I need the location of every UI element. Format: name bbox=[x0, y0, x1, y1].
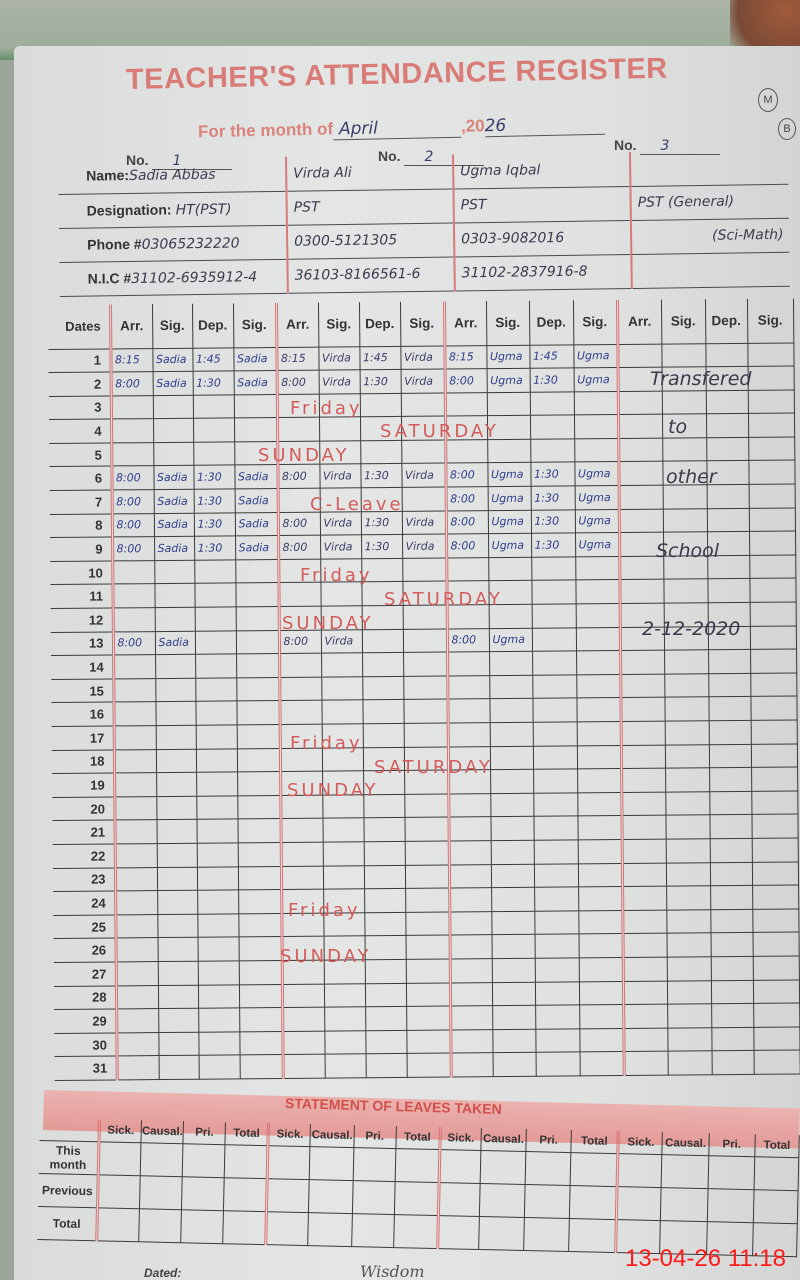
signature-cell[interactable] bbox=[320, 559, 361, 583]
departure-cell[interactable]: 1:30 bbox=[361, 535, 402, 559]
leave-value-cell[interactable] bbox=[139, 1208, 182, 1242]
signature-cell[interactable]: Ugma bbox=[486, 345, 529, 369]
arrival-cell[interactable] bbox=[282, 1007, 324, 1031]
signature-cell[interactable] bbox=[578, 863, 622, 887]
departure-cell[interactable]: 1:30 bbox=[531, 510, 575, 534]
arrival-cell[interactable] bbox=[281, 889, 323, 913]
departure-cell[interactable] bbox=[532, 675, 576, 699]
teacher-name[interactable]: Sadia Abbas bbox=[129, 167, 216, 184]
arrival-cell[interactable] bbox=[116, 938, 158, 962]
signature-cell[interactable] bbox=[753, 980, 799, 1004]
teacher-nic[interactable]: 36103-8166561-6 bbox=[287, 256, 454, 292]
leave-value-cell[interactable] bbox=[181, 1209, 224, 1243]
signature-cell[interactable] bbox=[235, 559, 278, 583]
departure-cell[interactable] bbox=[535, 1005, 579, 1029]
departure-cell[interactable] bbox=[197, 890, 238, 914]
signature-cell[interactable] bbox=[749, 578, 795, 602]
leave-value-cell[interactable] bbox=[140, 1175, 183, 1209]
departure-cell[interactable]: 1:30 bbox=[361, 511, 402, 535]
departure-cell[interactable] bbox=[360, 417, 401, 441]
signature-cell[interactable] bbox=[665, 744, 709, 768]
arrival-cell[interactable]: 8:15 bbox=[110, 348, 152, 372]
signature-cell[interactable] bbox=[236, 630, 279, 654]
departure-cell[interactable] bbox=[709, 744, 751, 768]
departure-cell[interactable] bbox=[195, 607, 236, 631]
arrival-cell[interactable] bbox=[283, 1054, 325, 1078]
signature-cell[interactable] bbox=[325, 1054, 366, 1078]
teacher-phone[interactable]: 0303-9082016 bbox=[454, 220, 631, 256]
arrival-cell[interactable]: 8:00 bbox=[112, 490, 154, 514]
signature-cell[interactable] bbox=[750, 602, 796, 626]
departure-cell[interactable] bbox=[197, 866, 238, 890]
signature-cell[interactable] bbox=[667, 933, 711, 957]
signature-cell[interactable] bbox=[403, 605, 447, 629]
signature-cell[interactable] bbox=[406, 1030, 450, 1054]
signature-cell[interactable] bbox=[488, 557, 531, 581]
arrival-cell[interactable] bbox=[278, 559, 320, 583]
arrival-cell[interactable] bbox=[618, 462, 662, 486]
arrival-cell[interactable] bbox=[620, 698, 664, 722]
signature-cell[interactable] bbox=[234, 418, 277, 442]
departure-cell[interactable] bbox=[708, 650, 750, 674]
arrival-cell[interactable] bbox=[114, 796, 156, 820]
signature-cell[interactable] bbox=[577, 816, 621, 840]
departure-cell[interactable] bbox=[711, 1003, 753, 1027]
arrival-cell[interactable] bbox=[280, 795, 322, 819]
departure-cell[interactable] bbox=[193, 442, 234, 466]
signature-cell[interactable] bbox=[490, 817, 533, 841]
signature-cell[interactable] bbox=[579, 1028, 623, 1052]
signature-cell[interactable] bbox=[492, 982, 535, 1006]
signature-cell[interactable] bbox=[322, 795, 363, 819]
signature-cell[interactable] bbox=[238, 866, 281, 890]
signature-cell[interactable] bbox=[153, 419, 193, 443]
arrival-cell[interactable] bbox=[449, 911, 491, 935]
signature-cell[interactable] bbox=[574, 438, 618, 462]
departure-cell[interactable] bbox=[530, 392, 574, 416]
signature-cell[interactable] bbox=[403, 676, 447, 700]
leave-value-cell[interactable] bbox=[438, 1182, 480, 1216]
departure-cell[interactable] bbox=[707, 579, 749, 603]
signature-cell[interactable] bbox=[663, 485, 707, 509]
signature-cell[interactable] bbox=[323, 913, 364, 937]
departure-cell[interactable] bbox=[196, 725, 237, 749]
signature-cell[interactable] bbox=[320, 488, 361, 512]
arrival-cell[interactable] bbox=[622, 839, 666, 863]
signature-cell[interactable] bbox=[238, 842, 281, 866]
signature-cell[interactable] bbox=[156, 725, 196, 749]
departure-cell[interactable] bbox=[196, 772, 237, 796]
signature-cell[interactable]: Sadia bbox=[152, 348, 192, 372]
departure-cell[interactable]: 1:30 bbox=[360, 464, 401, 488]
arrival-cell[interactable] bbox=[620, 674, 664, 698]
departure-cell[interactable]: 1:45 bbox=[529, 344, 573, 368]
signature-cell[interactable] bbox=[489, 675, 532, 699]
signature-cell[interactable] bbox=[664, 650, 708, 674]
signature-cell[interactable] bbox=[320, 582, 361, 606]
leave-value-cell[interactable] bbox=[310, 1146, 354, 1180]
signature-cell[interactable] bbox=[489, 699, 532, 723]
arrival-cell[interactable] bbox=[113, 678, 155, 702]
signature-cell[interactable] bbox=[668, 1051, 712, 1075]
departure-cell[interactable] bbox=[534, 887, 578, 911]
arrival-cell[interactable]: 8:00 bbox=[113, 631, 155, 655]
signature-cell[interactable] bbox=[576, 674, 620, 698]
arrival-cell[interactable] bbox=[111, 442, 153, 466]
signature-cell[interactable]: Sadia bbox=[155, 631, 195, 655]
signature-cell[interactable] bbox=[667, 980, 711, 1004]
signature-cell[interactable] bbox=[750, 649, 796, 673]
signature-cell[interactable]: Virda bbox=[400, 346, 444, 370]
arrival-cell[interactable] bbox=[277, 417, 319, 441]
signature-cell[interactable] bbox=[157, 867, 197, 891]
arrival-cell[interactable] bbox=[622, 863, 666, 887]
signature-cell[interactable] bbox=[239, 984, 282, 1008]
departure-cell[interactable] bbox=[362, 629, 403, 653]
signature-cell[interactable] bbox=[324, 1007, 365, 1031]
leave-value-cell[interactable] bbox=[266, 1211, 309, 1245]
leave-value-cell[interactable] bbox=[224, 1177, 268, 1211]
departure-cell[interactable] bbox=[195, 654, 236, 678]
departure-cell[interactable] bbox=[195, 701, 236, 725]
arrival-cell[interactable] bbox=[449, 864, 491, 888]
arrival-cell[interactable] bbox=[278, 583, 320, 607]
signature-cell[interactable] bbox=[319, 393, 360, 417]
departure-cell[interactable] bbox=[707, 508, 749, 532]
signature-cell[interactable]: Sadia bbox=[233, 347, 276, 371]
signature-cell[interactable]: Sadia bbox=[154, 536, 194, 560]
signature-cell[interactable] bbox=[404, 817, 448, 841]
departure-cell[interactable] bbox=[710, 838, 752, 862]
arrival-cell[interactable] bbox=[116, 1032, 158, 1056]
leave-value-cell[interactable] bbox=[268, 1145, 311, 1179]
signature-cell[interactable] bbox=[237, 772, 280, 796]
signature-cell[interactable]: Virda bbox=[319, 464, 360, 488]
departure-cell[interactable] bbox=[534, 911, 578, 935]
signature-cell[interactable] bbox=[578, 910, 622, 934]
departure-cell[interactable] bbox=[535, 981, 579, 1005]
arrival-cell[interactable] bbox=[621, 745, 665, 769]
signature-cell[interactable]: Ugma bbox=[575, 533, 619, 557]
arrival-cell[interactable] bbox=[619, 485, 663, 509]
signature-cell[interactable] bbox=[321, 700, 362, 724]
signature-cell[interactable] bbox=[752, 885, 798, 909]
departure-cell[interactable] bbox=[532, 604, 576, 628]
signature-cell[interactable]: Sadia bbox=[234, 465, 277, 489]
signature-cell[interactable] bbox=[666, 839, 710, 863]
signature-cell[interactable] bbox=[404, 770, 448, 794]
leave-value-cell[interactable] bbox=[753, 1189, 798, 1223]
departure-cell[interactable] bbox=[709, 768, 751, 792]
departure-cell[interactable] bbox=[708, 673, 750, 697]
departure-cell[interactable] bbox=[193, 395, 234, 419]
arrival-cell[interactable] bbox=[116, 985, 158, 1009]
leave-value-cell[interactable] bbox=[437, 1215, 479, 1249]
signature-cell[interactable] bbox=[403, 629, 447, 653]
departure-cell[interactable] bbox=[195, 678, 236, 702]
departure-cell[interactable] bbox=[535, 1029, 579, 1053]
signature-cell[interactable] bbox=[322, 818, 363, 842]
arrival-cell[interactable] bbox=[450, 982, 492, 1006]
signature-cell[interactable]: Ugma bbox=[575, 486, 619, 510]
arrival-cell[interactable]: 8:15 bbox=[444, 345, 486, 369]
signature-cell[interactable] bbox=[574, 391, 618, 415]
departure-cell[interactable]: 1:30 bbox=[194, 536, 235, 560]
arrival-cell[interactable] bbox=[448, 723, 490, 747]
signature-cell[interactable] bbox=[748, 460, 794, 484]
signature-cell[interactable] bbox=[490, 769, 533, 793]
signature-cell[interactable] bbox=[753, 956, 799, 980]
departure-cell[interactable]: 1:30 bbox=[531, 486, 575, 510]
month-value[interactable]: April bbox=[339, 118, 378, 139]
departure-cell[interactable] bbox=[534, 840, 578, 864]
departure-cell[interactable] bbox=[709, 720, 751, 744]
signature-cell[interactable] bbox=[156, 749, 196, 773]
arrival-cell[interactable] bbox=[617, 344, 661, 368]
leave-value-cell[interactable] bbox=[570, 1152, 618, 1186]
arrival-cell[interactable] bbox=[619, 580, 663, 604]
signature-cell[interactable] bbox=[238, 890, 281, 914]
teacher-name[interactable] bbox=[630, 150, 788, 186]
leave-value-cell[interactable] bbox=[140, 1142, 183, 1176]
departure-cell[interactable] bbox=[533, 816, 577, 840]
signature-cell[interactable] bbox=[407, 1053, 451, 1077]
leave-value-cell[interactable] bbox=[754, 1156, 799, 1190]
departure-cell[interactable] bbox=[362, 676, 403, 700]
signature-cell[interactable] bbox=[666, 886, 710, 910]
signature-cell[interactable] bbox=[664, 674, 708, 698]
arrival-cell[interactable] bbox=[116, 962, 158, 986]
signature-cell[interactable]: Virda bbox=[401, 369, 445, 393]
signature-cell[interactable] bbox=[406, 983, 450, 1007]
arrival-cell[interactable] bbox=[277, 394, 319, 418]
leave-value-cell[interactable] bbox=[182, 1143, 225, 1177]
arrival-cell[interactable]: 8:00 bbox=[112, 513, 154, 537]
signature-cell[interactable] bbox=[751, 744, 797, 768]
departure-cell[interactable] bbox=[365, 1007, 406, 1031]
arrival-cell[interactable]: 8:00 bbox=[277, 370, 319, 394]
departure-cell[interactable] bbox=[708, 697, 750, 721]
teacher-name[interactable]: Virda Ali bbox=[286, 154, 453, 190]
signature-cell[interactable] bbox=[578, 887, 622, 911]
arrival-cell[interactable]: 8:00 bbox=[278, 512, 320, 536]
signature-cell[interactable] bbox=[753, 932, 799, 956]
departure-cell[interactable] bbox=[711, 956, 753, 980]
signature-cell[interactable] bbox=[575, 556, 619, 580]
signature-cell[interactable] bbox=[662, 390, 706, 414]
arrival-cell[interactable] bbox=[280, 748, 322, 772]
signature-cell[interactable] bbox=[751, 814, 797, 838]
signature-cell[interactable] bbox=[321, 677, 362, 701]
signature-cell[interactable] bbox=[155, 702, 195, 726]
arrival-cell[interactable] bbox=[114, 749, 156, 773]
signature-cell[interactable] bbox=[493, 1053, 536, 1077]
departure-cell[interactable] bbox=[706, 437, 748, 461]
signature-cell[interactable] bbox=[748, 413, 794, 437]
signature-cell[interactable] bbox=[236, 701, 279, 725]
signature-cell[interactable]: Sadia bbox=[154, 513, 194, 537]
arrival-cell[interactable] bbox=[114, 726, 156, 750]
signature-cell[interactable] bbox=[487, 392, 530, 416]
arrival-cell[interactable] bbox=[622, 886, 666, 910]
signature-cell[interactable] bbox=[665, 815, 709, 839]
signature-cell[interactable] bbox=[750, 673, 796, 697]
departure-cell[interactable] bbox=[365, 959, 406, 983]
arrival-cell[interactable]: 8:00 bbox=[111, 466, 153, 490]
leave-value-cell[interactable] bbox=[394, 1181, 439, 1215]
signature-cell[interactable] bbox=[324, 983, 365, 1007]
signature-cell[interactable] bbox=[487, 439, 530, 463]
signature-cell[interactable] bbox=[667, 1004, 711, 1028]
departure-cell[interactable] bbox=[706, 414, 748, 438]
departure-cell[interactable]: 1:30 bbox=[194, 513, 235, 537]
teacher-name[interactable]: Ugma Iqbal bbox=[453, 152, 630, 188]
teacher-designation[interactable]: PST bbox=[286, 188, 453, 224]
signature-cell[interactable] bbox=[402, 581, 446, 605]
signature-cell[interactable] bbox=[324, 960, 365, 984]
signature-cell[interactable] bbox=[402, 558, 446, 582]
arrival-cell[interactable] bbox=[280, 724, 322, 748]
leave-value-cell[interactable] bbox=[351, 1213, 394, 1247]
signature-cell[interactable] bbox=[752, 862, 798, 886]
departure-cell[interactable] bbox=[706, 390, 748, 414]
signature-cell[interactable] bbox=[749, 555, 795, 579]
arrival-cell[interactable] bbox=[278, 488, 320, 512]
departure-cell[interactable]: 1:30 bbox=[530, 462, 574, 486]
departure-cell[interactable] bbox=[710, 862, 752, 886]
leave-value-cell[interactable] bbox=[182, 1176, 225, 1210]
signature-cell[interactable] bbox=[749, 531, 795, 555]
departure-cell[interactable] bbox=[198, 961, 239, 985]
signature-cell[interactable] bbox=[666, 909, 710, 933]
arrival-cell[interactable] bbox=[445, 392, 487, 416]
signature-cell[interactable] bbox=[404, 747, 448, 771]
signature-cell[interactable] bbox=[492, 1029, 535, 1053]
signature-cell[interactable] bbox=[401, 416, 445, 440]
departure-cell[interactable] bbox=[364, 865, 405, 889]
arrival-cell[interactable] bbox=[448, 770, 490, 794]
signature-cell[interactable] bbox=[157, 890, 197, 914]
signature-cell[interactable] bbox=[489, 652, 532, 676]
signature-cell[interactable] bbox=[665, 721, 709, 745]
arrival-cell[interactable] bbox=[115, 844, 157, 868]
signature-cell[interactable]: Virda bbox=[318, 346, 359, 370]
signature-cell[interactable] bbox=[401, 393, 445, 417]
signature-cell[interactable] bbox=[751, 767, 797, 791]
signature-cell[interactable] bbox=[240, 1055, 283, 1079]
signature-cell[interactable] bbox=[235, 583, 278, 607]
departure-cell[interactable]: 1:30 bbox=[531, 533, 575, 557]
arrival-cell[interactable] bbox=[621, 768, 665, 792]
arrival-cell[interactable] bbox=[445, 440, 487, 464]
arrival-cell[interactable] bbox=[279, 653, 321, 677]
departure-cell[interactable] bbox=[710, 886, 752, 910]
departure-cell[interactable] bbox=[530, 439, 574, 463]
signature-cell[interactable] bbox=[158, 1008, 198, 1032]
departure-cell[interactable] bbox=[532, 698, 576, 722]
arrival-cell[interactable] bbox=[281, 866, 323, 890]
signature-cell[interactable]: Ugma bbox=[574, 462, 618, 486]
departure-cell[interactable]: 1:30 bbox=[194, 489, 235, 513]
arrival-cell[interactable]: 8:00 bbox=[278, 535, 320, 559]
signature-cell[interactable] bbox=[579, 934, 623, 958]
signature-cell[interactable] bbox=[236, 677, 279, 701]
departure-cell[interactable] bbox=[364, 889, 405, 913]
departure-cell[interactable] bbox=[532, 628, 576, 652]
departure-cell[interactable] bbox=[198, 984, 239, 1008]
signature-cell[interactable] bbox=[490, 722, 533, 746]
departure-cell[interactable] bbox=[194, 560, 235, 584]
signature-cell[interactable] bbox=[750, 626, 796, 650]
signature-cell[interactable] bbox=[234, 441, 277, 465]
departure-cell[interactable] bbox=[531, 557, 575, 581]
signature-cell[interactable] bbox=[402, 487, 446, 511]
signature-cell[interactable] bbox=[323, 842, 364, 866]
departure-cell[interactable] bbox=[361, 582, 402, 606]
arrival-cell[interactable] bbox=[623, 957, 667, 981]
signature-cell[interactable] bbox=[665, 792, 709, 816]
signature-cell[interactable] bbox=[667, 1027, 711, 1051]
departure-cell[interactable] bbox=[198, 937, 239, 961]
signature-cell[interactable] bbox=[492, 935, 535, 959]
signature-cell[interactable] bbox=[405, 888, 449, 912]
departure-cell[interactable] bbox=[365, 1030, 406, 1054]
arrival-cell[interactable] bbox=[447, 605, 489, 629]
signature-cell[interactable] bbox=[491, 911, 534, 935]
arrival-cell[interactable] bbox=[447, 675, 489, 699]
signature-cell[interactable] bbox=[491, 887, 534, 911]
arrival-cell[interactable] bbox=[622, 910, 666, 934]
leave-value-cell[interactable] bbox=[353, 1147, 396, 1181]
arrival-cell[interactable]: 8:00 bbox=[277, 465, 319, 489]
arrival-cell[interactable] bbox=[115, 891, 157, 915]
signature-cell[interactable]: Ugma bbox=[487, 463, 530, 487]
arrival-cell[interactable] bbox=[446, 558, 488, 582]
signature-cell[interactable] bbox=[237, 748, 280, 772]
arrival-cell[interactable]: 8:00 bbox=[111, 372, 153, 396]
signature-cell[interactable]: Sadia bbox=[153, 466, 193, 490]
departure-cell[interactable] bbox=[535, 934, 579, 958]
leave-value-cell[interactable] bbox=[617, 1186, 662, 1220]
signature-cell[interactable] bbox=[579, 957, 623, 981]
departure-cell[interactable] bbox=[196, 748, 237, 772]
departure-cell[interactable] bbox=[198, 1032, 239, 1056]
teacher-phone[interactable]: 0300-5121305 bbox=[287, 222, 454, 258]
departure-cell[interactable] bbox=[363, 771, 404, 795]
signature-cell[interactable] bbox=[749, 508, 795, 532]
departure-cell[interactable] bbox=[199, 1055, 240, 1079]
signature-cell[interactable] bbox=[324, 1030, 365, 1054]
arrival-cell[interactable] bbox=[279, 677, 321, 701]
signature-cell[interactable] bbox=[158, 938, 198, 962]
arrival-cell[interactable] bbox=[449, 841, 491, 865]
signature-cell[interactable] bbox=[158, 1032, 198, 1056]
departure-cell[interactable] bbox=[534, 863, 578, 887]
arrival-cell[interactable] bbox=[282, 936, 324, 960]
leave-value-cell[interactable] bbox=[439, 1149, 481, 1183]
signature-cell[interactable] bbox=[490, 793, 533, 817]
signature-cell[interactable] bbox=[323, 889, 364, 913]
signature-cell[interactable] bbox=[577, 722, 621, 746]
leave-value-cell[interactable] bbox=[524, 1217, 570, 1251]
leave-value-cell[interactable] bbox=[309, 1179, 353, 1213]
signature-cell[interactable] bbox=[324, 936, 365, 960]
signature-cell[interactable] bbox=[579, 1005, 623, 1029]
departure-cell[interactable] bbox=[363, 723, 404, 747]
arrival-cell[interactable] bbox=[115, 914, 157, 938]
departure-cell[interactable] bbox=[193, 418, 234, 442]
arrival-cell[interactable] bbox=[618, 414, 662, 438]
